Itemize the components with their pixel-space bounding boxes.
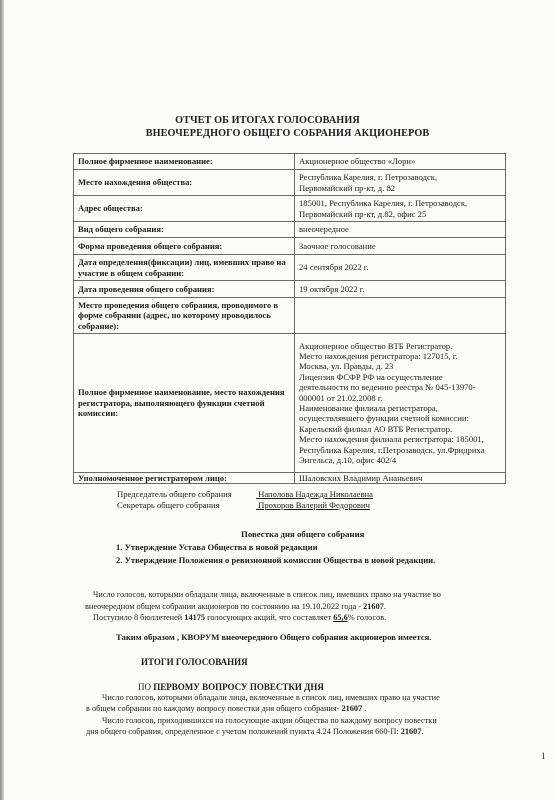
meeting-officers: Председатель общего собрания Наполова На… [117,489,373,511]
info-row: Дата определения(фиксации) лиц, имевших … [74,255,506,281]
votes-line-2: внеочередном общем собрании акционеров п… [85,601,441,613]
info-label: Место проведения общего собрания, провод… [74,298,295,334]
info-row: Полное фирменное наименование:Акционерно… [74,154,506,170]
info-row: Вид общего собрания:внеочередное [74,222,506,238]
q1-line-2-suffix: . [362,704,366,713]
info-value: Республика Карелия, г. Петрозаводск,Перв… [295,170,506,196]
results-title: ИТОГИ ГОЛОСОВАНИЯ [141,657,248,667]
q1-line-4-text: дня общего собрания, определенное с учет… [86,727,401,736]
info-label: Полное фирменное наименование, место нах… [74,334,295,473]
percent-suffix: % голосов. [348,613,387,622]
agenda-list: 1. Утверждение Устава Общества в новой р… [116,541,435,567]
info-value-line: Энгельса, д.10, офис 402/4 [299,455,501,465]
info-value-line: Наименование филиала регистратора, [299,403,501,413]
info-value-line: 000001 от 21.02.2008 г. [299,393,501,403]
question-1-title: ПО ПЕРВОМУ ВОПРОСУ ПОВЕСТКИ ДНЯ [138,682,324,692]
info-value-line: Место нахождения филиала регистратора: 1… [299,434,501,444]
info-value: 185001, Республика Карелия, г. Петрозаво… [295,196,506,222]
info-row: Уполномоченное регистратором лицо:Шаловс… [74,473,506,484]
q1-line-2: в общем собрании по каждому вопросу пове… [86,703,440,714]
info-value [295,298,506,334]
agenda-item: 1. Утверждение Устава Общества в новой р… [116,541,435,554]
info-label: Адрес общества: [74,196,295,222]
info-value-line: Акционерное общество «Лори» [299,156,501,166]
total-votes-value: 21607 [363,602,384,611]
q1-line-4: дня общего собрания, определенное с учет… [86,726,440,737]
secretary-row: Секретарь общего собрания Прохоров Валер… [117,500,373,511]
info-value: внеочередное [295,222,506,238]
q1-total-votes: 21607 [341,704,362,713]
info-row: Дата проведения общего собрания:19 октяб… [74,281,506,298]
info-row: Место нахождения общества:Республика Кар… [74,170,506,196]
q1-line-1: Число голосов, которыми обладали лица, в… [86,692,440,703]
info-value-line: Шаловских Владимир Ананьевич [299,473,501,483]
info-value: 24 сентября 2022 г. [295,255,506,281]
info-value: Заочное голосование [295,238,506,255]
info-value-line: Лицензия ФСФР РФ на осуществление [299,372,501,382]
info-value-line: 19 октября 2022 г. [299,284,501,294]
votes-line-1: Число голосов, которыми обладали лица, в… [85,589,441,601]
info-label: Дата определения(фиксации) лиц, имевших … [74,255,295,281]
secretary-role: Секретарь общего собрания [117,500,256,511]
info-value-line: Заочное голосование [299,241,501,251]
votes-paragraph: Число голосов, которыми обладали лица, в… [85,589,441,624]
secretary-name: Прохоров Валерий Федорович [256,500,370,510]
agenda-title: Повестка дня общего собрания [241,529,364,539]
question-1-prefix: ПО [138,682,153,692]
info-value-line: Первомайский пр-кт, д. 82 [299,183,501,193]
info-label: Дата проведения общего собрания: [74,281,295,298]
info-value-line: Республика Карелия, г. Петрозаводск, [299,172,501,182]
info-label: Полное фирменное наименование: [74,154,295,170]
info-value-line: Карельский филиал АО ВТБ Регистратор. [299,424,501,434]
q1-adjusted-votes: 21607. [401,727,424,736]
question-1-heading: ПЕРВОМУ ВОПРОСУ ПОВЕСТКИ ДНЯ [153,682,324,692]
info-value-line: Место нахождения регистратора: 127015, г… [299,351,501,361]
question-1-paragraph: Число голосов, которыми обладали лица, в… [86,692,440,737]
percent-value: 65,6 [333,613,348,622]
q1-line-2-text: в общем собрании по каждому вопросу пове… [86,704,341,713]
q1-line-3: Число голосов, приходившихся на голосующ… [86,715,440,726]
info-label: Уполномоченное регистратором лицо: [74,473,295,484]
votes-mid-text: голосующих акций, что составляет [205,613,333,622]
info-label: Форма проведения общего собрания: [74,238,295,255]
info-value-line: осуществлявшего функции счетной комиссии… [299,413,501,423]
report-title: ОТЧЕТ ОБ ИТОГАХ ГОЛОСОВАНИЯ [0,115,545,126]
ballots-text: Поступило 8 бюллетеней [93,613,184,622]
info-value-line: Первомайский пр-кт, д.82, офис 25 [299,209,501,219]
info-value-line: внеочередное [299,224,501,234]
quorum-statement: Таким образом , КВОРУМ внеочередного Общ… [116,632,431,642]
info-value-line: 24 сентября 2022 г. [299,262,501,272]
report-subtitle: ВНЕОЧЕРЕДНОГО ОБЩЕГО СОБРАНИЯ АКЦИОНЕРОВ [10,128,555,139]
info-value: Акционерное общество ВТБ Регистратор.Мес… [295,334,506,473]
info-value-line: 185001, Республика Карелия, г. Петрозаво… [299,198,501,208]
votes-line-2-text: внеочередном общем собрании акционеров п… [85,602,363,611]
info-row: Адрес общества:185001, Республика Карели… [74,196,506,222]
info-value-line: Республика Карелия, г.Петрозаводск, ул.Ф… [299,445,501,455]
info-row: Место проведения общего собрания, провод… [74,298,506,334]
agenda-item: 2. Утверждение Положения о ревизионной к… [116,554,435,567]
voting-shares-value: 14175 [184,613,205,622]
chair-name: Наполова Надежда Николаевна [256,489,373,499]
info-label: Место нахождения общества: [74,170,295,196]
info-value: 19 октября 2022 г. [295,281,506,298]
info-value: Шаловских Владимир Ананьевич [295,473,506,484]
info-value-line: деятельности по ведению реестра № 045-13… [299,382,501,392]
page-number: 1 [541,751,546,761]
chair-row: Председатель общего собрания Наполова На… [117,489,373,500]
info-row: Полное фирменное наименование, место нах… [74,334,506,473]
info-value-line: Акционерное общество ВТБ Регистратор. [299,341,501,351]
votes-line-3: Поступило 8 бюллетеней 14175 голосующих … [85,612,441,624]
chair-role: Председатель общего собрания [117,489,256,500]
info-row: Форма проведения общего собрания:Заочное… [74,238,506,255]
info-label: Вид общего собрания: [74,222,295,238]
company-info-table: Полное фирменное наименование:Акционерно… [73,153,506,484]
info-value-line: Москва, ул. Правды, д. 23 [299,361,501,371]
info-value: Акционерное общество «Лори» [295,154,506,170]
